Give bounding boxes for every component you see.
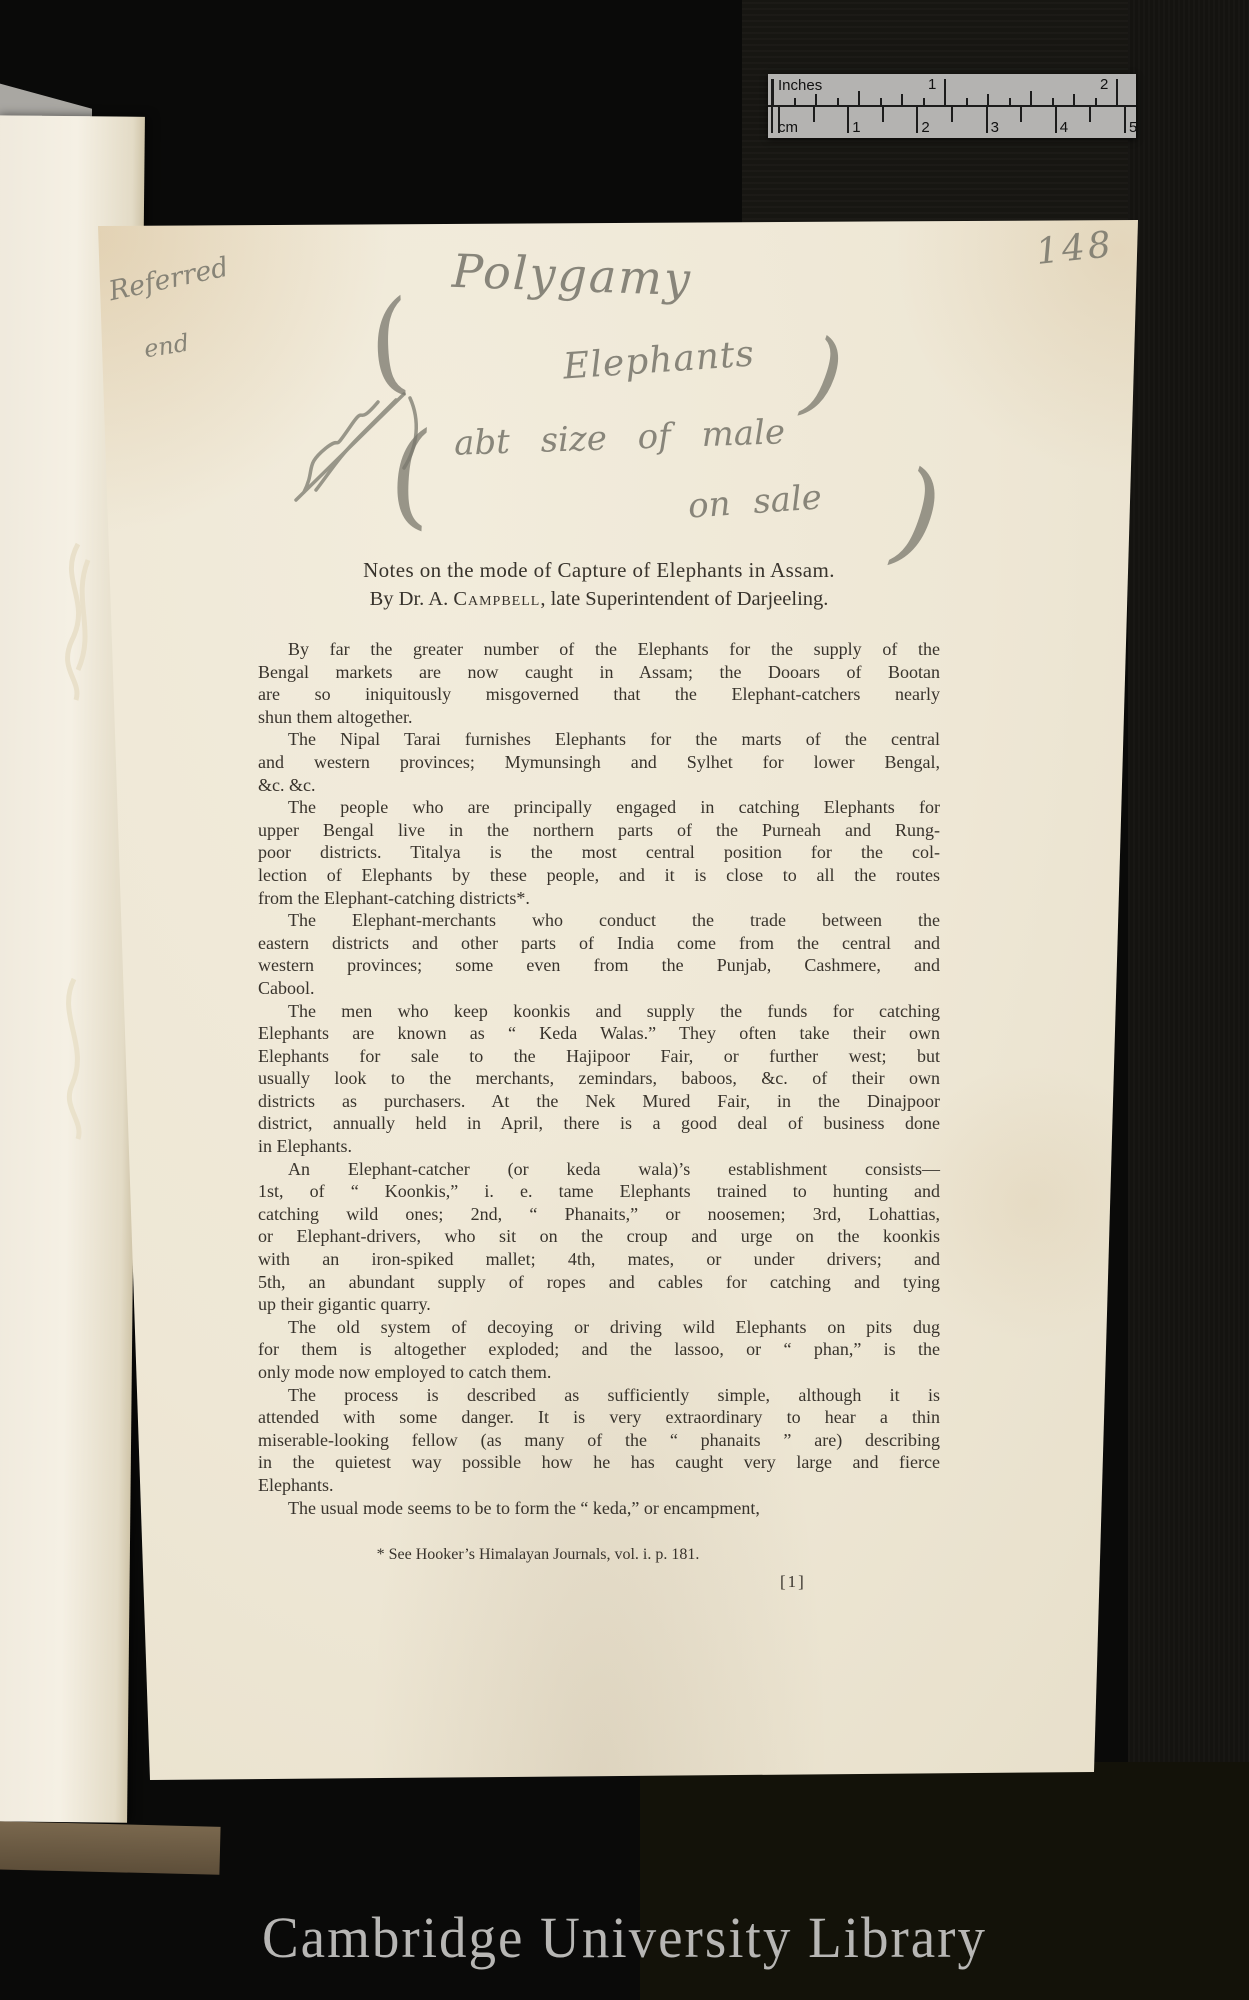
ruler-cm-number: 1: [852, 119, 860, 136]
body-text-line: shun them altogether.: [258, 706, 940, 729]
book-cover-edge: [0, 1821, 221, 1875]
pencil-annotation-referred: Referred: [106, 252, 231, 308]
document-page: Referred end ( Polygamy Elephants ) ( ab…: [58, 220, 1140, 1780]
body-text-line: catching wild ones; 2nd, “ Phanaits,” or…: [258, 1203, 940, 1226]
body-text-line: district, annually held in April, there …: [258, 1112, 940, 1135]
ruler-tick: [1055, 107, 1057, 133]
body-text-line: upper Bengal live in the northern parts …: [258, 819, 940, 842]
body-text-line: eastern districts and other parts of Ind…: [258, 932, 940, 955]
byline-post: , late Superintendent of Darjeeling.: [540, 588, 828, 610]
ruler-tick: [815, 94, 817, 106]
ruler-tick: [880, 98, 882, 106]
ruler-tick: [1089, 107, 1091, 122]
body-text-line: for them is altogether exploded; and the…: [258, 1338, 940, 1361]
body-text-line: Elephants for sale to the Hajipoor Fair,…: [258, 1045, 940, 1068]
body-text-line: The people who are principally engaged i…: [258, 796, 940, 819]
ruler-inch-number: 1: [928, 76, 936, 93]
body-text-line: lection of Elephants by these people, an…: [258, 864, 940, 887]
footnote: * See Hooker’s Himalayan Journals, vol. …: [258, 1546, 818, 1564]
ruler-tick: [1116, 79, 1118, 106]
article-byline: By Dr. A. Campbell, late Superintendent …: [258, 588, 940, 611]
body-text-line: from the Elephant-catching districts*.: [258, 887, 940, 910]
ruler-tick: [951, 107, 953, 122]
binding-thread-upper: [48, 540, 104, 760]
ruler-cm-number: 5: [1129, 119, 1137, 136]
ruler-tick: [916, 107, 918, 133]
body-text-line: The old system of decoying or driving wi…: [258, 1316, 940, 1339]
body-text-line: The men who keep koonkis and supply the …: [258, 1000, 940, 1023]
body-text-line: An Elephant-catcher (or keda wala)’s est…: [258, 1158, 940, 1181]
ruler-tick: [1052, 98, 1054, 106]
background-fabric-right: [1128, 0, 1249, 2000]
body-text-line: only mode now employed to catch them.: [258, 1361, 940, 1384]
body-text-line: The Nipal Tarai furnishes Elephants for …: [258, 728, 940, 751]
ruler-tick: [1009, 98, 1011, 106]
ruler-tick: [986, 107, 988, 133]
body-text-line: up their gigantic quarry.: [258, 1293, 940, 1316]
pencil-annotation-end: end: [142, 329, 191, 364]
body-text-line: with an iron-spiked mallet; 4th, mates, …: [258, 1248, 940, 1271]
ruler-cm-number: 3: [991, 119, 999, 136]
ruler-tick: [901, 94, 903, 106]
ruler-tick: [858, 91, 860, 106]
body-text-line: or Elephant-drivers, who sit on the crou…: [258, 1225, 940, 1248]
measuring-ruler: Inches cm 1212345: [768, 74, 1136, 138]
body-text-line: Cabool.: [258, 977, 940, 1000]
ruler-tick: [1020, 107, 1022, 122]
article-title: Notes on the mode of Capture of Elephant…: [258, 558, 940, 583]
pencil-annotation-size-note-line2: on sale: [687, 477, 823, 526]
pencil-annotation-elephants: Elephants: [562, 333, 756, 387]
library-watermark: Cambridge University Library: [0, 1904, 1249, 1970]
body-text-line: in the quietest way possible how he has …: [258, 1451, 940, 1474]
byline-pre: By Dr. A.: [370, 588, 454, 610]
body-text-line: and western provinces; Mymunsingh and Sy…: [258, 751, 940, 774]
body-text-line: poor districts. Titalya is the most cent…: [258, 841, 940, 864]
ruler-tick: [794, 98, 796, 106]
ruler-cm-number: 2: [921, 119, 929, 136]
body-text-line: The Elephant-merchants who conduct the t…: [258, 909, 940, 932]
ruler-tick: [966, 98, 968, 106]
article-body: By far the greater number of the Elephan…: [258, 638, 940, 1519]
ruler-cm-label: cm: [778, 119, 798, 136]
ruler-cm-number: 4: [1060, 119, 1068, 136]
body-text-line: &c. &c.: [258, 774, 940, 797]
ruler-tick: [772, 79, 774, 106]
ruler-tick: [1030, 91, 1032, 106]
ruler-tick: [1073, 94, 1075, 106]
body-text-line: western provinces; some even from the Pu…: [258, 954, 940, 977]
pencil-close-paren-heading: ): [798, 318, 850, 429]
ruler-tick: [847, 107, 849, 133]
pencil-annotation-polygamy: Polygamy: [451, 244, 693, 306]
ruler-tick: [882, 107, 884, 122]
body-text-line: 1st, of “ Koonkis,” i. e. tame Elephants…: [258, 1180, 940, 1203]
ruler-tick: [813, 107, 815, 122]
page-number-marker: [1]: [780, 1572, 806, 1592]
body-text-line: By far the greater number of the Elephan…: [258, 638, 940, 661]
ruler-tick: [1095, 98, 1097, 106]
ruler-tick: [837, 98, 839, 106]
body-text-line: attended with some danger. It is very ex…: [258, 1406, 940, 1429]
body-text-line: Elephants.: [258, 1474, 940, 1497]
body-text-line: 5th, an abundant supply of ropes and cab…: [258, 1271, 940, 1294]
ruler-inch-number: 2: [1100, 76, 1108, 93]
ruler-inches-label: Inches: [778, 77, 822, 94]
binding-thread-lower: [48, 975, 104, 1145]
body-text-line: The usual mode seems to be to form the “…: [258, 1497, 940, 1520]
pencil-annotation-size-note-line1: abt size of male: [453, 412, 785, 464]
body-text-line: Elephants are known as “ Keda Walas.” Th…: [258, 1022, 940, 1045]
ruler-tick: [944, 79, 946, 106]
ruler-tick: [987, 94, 989, 106]
body-text-line: districts as purchasers. At the Nek Mure…: [258, 1090, 940, 1113]
body-text-line: miserable-looking fellow (as many of the…: [258, 1429, 940, 1452]
body-text-line: are so iniquitously misgoverned that the…: [258, 683, 940, 706]
body-text-line: in Elephants.: [258, 1135, 940, 1158]
body-text-line: Bengal markets are now caught in Assam; …: [258, 661, 940, 684]
pencil-folio-number: 148: [1034, 224, 1116, 273]
body-text-line: usually look to the merchants, zemindars…: [258, 1067, 940, 1090]
ruler-tick: [778, 107, 780, 133]
ruler-tick: [923, 98, 925, 106]
photograph-of-document: Inches cm 1212345 Referred end ( Polygam…: [0, 0, 1249, 2000]
ruler-tick: [1124, 107, 1126, 133]
body-text-line: The process is described as sufficiently…: [258, 1384, 940, 1407]
byline-author-name: Campbell: [453, 588, 540, 610]
